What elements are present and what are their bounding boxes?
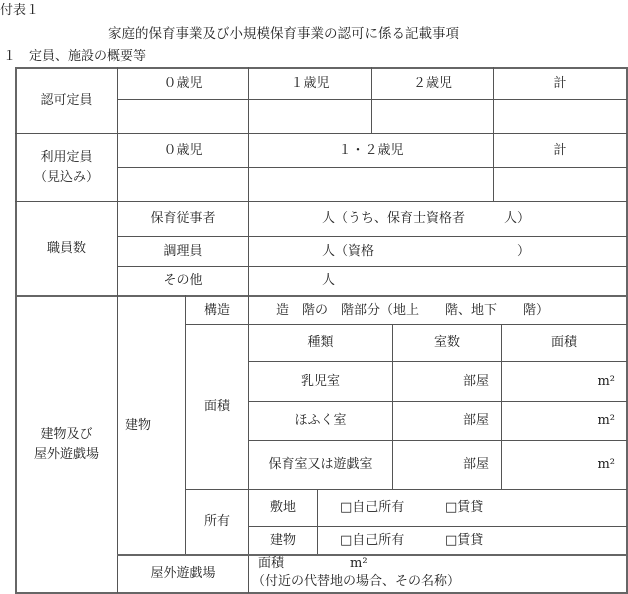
approved-capacity-label: 認可定員 xyxy=(16,68,117,133)
staff-other-field[interactable]: 人 xyxy=(322,267,622,295)
building-outdoor-label-line1: 建物及び xyxy=(40,425,92,445)
outdoor-area-label: 面積 xyxy=(258,557,284,570)
building-label: 建物 xyxy=(118,297,158,554)
room-area-infant-field[interactable]: m² xyxy=(502,362,615,401)
area-label: 面積 xyxy=(186,325,248,489)
staff-count-label: 職員数 xyxy=(16,202,117,295)
approved-col-age2: ２歳児 xyxy=(372,68,493,99)
room-area-crawling-field[interactable]: m² xyxy=(502,402,615,440)
structure-label: 構造 xyxy=(186,297,248,324)
room-type-nursery-play: 保育室又は遊戯室 xyxy=(249,441,392,489)
room-count-header: 室数 xyxy=(393,325,501,361)
approved-col-age0: ０歳児 xyxy=(118,68,248,99)
staff-role-childcare: 保育従事者 xyxy=(118,202,248,236)
outdoor-area-unit-field[interactable]: m² xyxy=(350,557,368,570)
ownership-site-owned-checkbox[interactable]: □自己所有 xyxy=(340,490,440,526)
room-area-nursery-play-field[interactable]: m² xyxy=(502,441,615,489)
expected-capacity-label-line1: 利用定員 xyxy=(40,148,92,168)
structure-field[interactable]: 造 階の 階部分（地上 階、地下 階） xyxy=(276,297,626,324)
expected-age0-field[interactable] xyxy=(118,168,248,201)
expected-col-age0: ０歳児 xyxy=(118,134,248,167)
expected-capacity-label-line2: （見込み） xyxy=(34,168,99,188)
approved-total-field[interactable] xyxy=(494,100,626,133)
room-type-header: 種類 xyxy=(249,325,392,361)
staff-childcare-field[interactable]: 人（うち、保育士資格者 人） xyxy=(322,202,622,236)
expected-age12-field[interactable] xyxy=(249,168,493,201)
ownership-building-owned-checkbox[interactable]: □自己所有 xyxy=(340,527,440,554)
staff-cook-field[interactable]: 人（資格 ） xyxy=(322,237,622,266)
room-count-infant-field[interactable]: 部屋 xyxy=(393,362,489,401)
approved-age2-field[interactable] xyxy=(372,100,493,133)
expected-col-age12: １・２歳児 xyxy=(249,134,493,167)
outdoor-alt-site-note[interactable]: （付近の代替地の場合、その名称） xyxy=(252,575,460,588)
room-area-header: 面積 xyxy=(502,325,626,361)
room-type-crawling: ほふく室 xyxy=(249,402,392,440)
ownership-site-label: 敷地 xyxy=(249,490,317,526)
approved-age1-field[interactable] xyxy=(249,100,371,133)
ownership-label: 所有 xyxy=(186,490,248,554)
building-outdoor-label-line2: 屋外遊戯場 xyxy=(34,445,99,465)
ownership-building-rented-checkbox[interactable]: □賃貸 xyxy=(445,527,525,554)
expected-total-field[interactable] xyxy=(494,168,626,201)
room-count-crawling-field[interactable]: 部屋 xyxy=(393,402,489,440)
building-outdoor-label: 建物及び 屋外遊戯場 xyxy=(16,297,117,592)
attachment-label: 付表１ xyxy=(0,4,39,17)
room-type-infant: 乳児室 xyxy=(249,362,392,401)
document-title: 家庭的保育事業及び小規模保育事業の認可に係る記載事項 xyxy=(108,28,459,42)
outdoor-play-area-label: 屋外遊戯場 xyxy=(118,556,248,592)
staff-role-other: その他 xyxy=(118,267,248,295)
section-heading: １ 定員、施設の概要等 xyxy=(3,50,146,63)
ownership-site-rented-checkbox[interactable]: □賃貸 xyxy=(445,490,525,526)
expected-col-total: 計 xyxy=(494,134,626,167)
staff-role-cook: 調理員 xyxy=(118,237,248,266)
approved-col-total: 計 xyxy=(494,68,626,99)
room-count-nursery-play-field[interactable]: 部屋 xyxy=(393,441,489,489)
approved-col-age1: １歳児 xyxy=(249,68,371,99)
expected-capacity-label: 利用定員 （見込み） xyxy=(16,134,117,201)
ownership-building-label: 建物 xyxy=(249,527,317,554)
approved-age0-field[interactable] xyxy=(118,100,248,133)
